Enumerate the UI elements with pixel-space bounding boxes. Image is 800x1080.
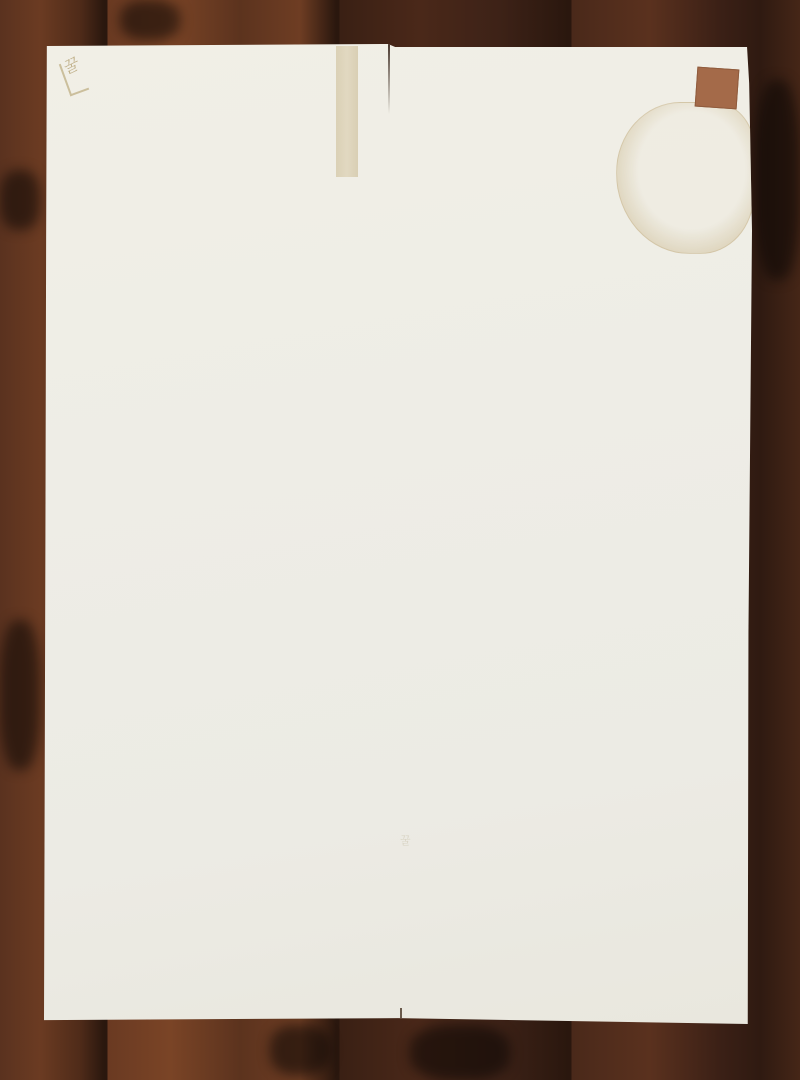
wood-grain-dark (755, 80, 800, 280)
wood-grain-dark (270, 1025, 330, 1075)
paper-sheet: 꿀 꿀 (44, 44, 752, 1024)
wood-grain-dark (120, 0, 180, 40)
faint-center-mark: 꿀 (400, 832, 411, 848)
wood-grain-dark (0, 620, 40, 770)
tear-line (388, 44, 390, 114)
water-stain (616, 102, 754, 254)
brown-tape-square (695, 67, 740, 110)
tape-strip (336, 46, 358, 177)
wood-grain-dark (410, 1025, 510, 1080)
wood-knot (0, 170, 40, 230)
